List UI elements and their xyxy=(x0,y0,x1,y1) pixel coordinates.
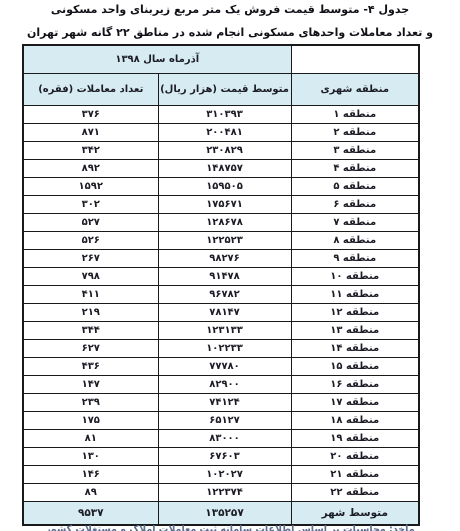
price-cell: ۹۸۲۷۶ xyxy=(158,249,291,267)
table-row: منطقه ۶۱۷۵۶۷۱۳۰۲ xyxy=(23,195,419,213)
district-cell: منطقه ۱۷ xyxy=(291,393,419,411)
count-cell: ۳۴۲ xyxy=(23,141,158,159)
price-cell: ۹۶۷۸۲ xyxy=(158,285,291,303)
table-row: منطقه ۷۱۲۸۶۷۸۵۲۷ xyxy=(23,213,419,231)
table-header: آذرماه سال ۱۳۹۸ منطقه شهری متوسط قیمت (ه… xyxy=(23,45,419,105)
table-footer: متوسط شهر ۱۳۵۲۵۷ ۹۵۳۷ xyxy=(23,501,419,525)
district-column-header: منطقه شهری xyxy=(291,73,419,105)
count-cell: ۸۹ xyxy=(23,483,158,501)
table-row: منطقه ۲۰۶۷۶۰۳۱۳۰ xyxy=(23,447,419,465)
district-cell: منطقه ۷ xyxy=(291,213,419,231)
column-header-row: منطقه شهری متوسط قیمت (هزار ریال) تعداد … xyxy=(23,73,419,105)
district-cell: منطقه ۱۰ xyxy=(291,267,419,285)
district-cell: منطقه ۶ xyxy=(291,195,419,213)
count-cell: ۴۱۱ xyxy=(23,285,158,303)
district-cell: منطقه ۱ xyxy=(291,105,419,123)
count-cell: ۵۲۶ xyxy=(23,231,158,249)
count-cell: ۱۳۰ xyxy=(23,447,158,465)
price-cell: ۱۲۸۶۷۸ xyxy=(158,213,291,231)
table-row: منطقه ۱۶۸۲۹۰۰۱۴۷ xyxy=(23,375,419,393)
count-cell: ۳۰۲ xyxy=(23,195,158,213)
count-cell: ۸۹۲ xyxy=(23,159,158,177)
district-cell: منطقه ۵ xyxy=(291,177,419,195)
table-row: منطقه ۸۱۲۲۵۲۳۵۲۶ xyxy=(23,231,419,249)
price-cell: ۷۴۱۲۴ xyxy=(158,393,291,411)
table-row: منطقه ۲۲۰۰۴۸۱۸۷۱ xyxy=(23,123,419,141)
count-cell: ۳۷۶ xyxy=(23,105,158,123)
price-cell: ۶۵۱۲۷ xyxy=(158,411,291,429)
price-cell: ۱۰۲۲۳۳ xyxy=(158,339,291,357)
price-cell: ۷۸۱۴۷ xyxy=(158,303,291,321)
count-column-header: تعداد معاملات (فقره) xyxy=(23,73,158,105)
price-cell: ۱۴۸۷۵۷ xyxy=(158,159,291,177)
table-row: منطقه ۵۱۵۹۵۰۵۱۵۹۲ xyxy=(23,177,419,195)
price-cell: ۹۱۴۷۸ xyxy=(158,267,291,285)
table-title-line2: و تعداد معاملات واحدهای مسکونی انجام شده… xyxy=(0,26,460,39)
district-cell: منطقه ۱۴ xyxy=(291,339,419,357)
price-cell: ۱۲۲۵۲۳ xyxy=(158,231,291,249)
district-cell: منطقه ۲۱ xyxy=(291,465,419,483)
table-row: منطقه ۴۱۴۸۷۵۷۸۹۲ xyxy=(23,159,419,177)
district-cell: منطقه ۸ xyxy=(291,231,419,249)
district-cell: منطقه ۱۵ xyxy=(291,357,419,375)
table-row: منطقه ۹۹۸۲۷۶۲۶۷ xyxy=(23,249,419,267)
table-body: منطقه ۱۳۱۰۳۹۳۳۷۶منطقه ۲۲۰۰۴۸۱۸۷۱منطقه ۳۲… xyxy=(23,105,419,501)
summary-district-cell: متوسط شهر xyxy=(291,501,419,525)
table-row: منطقه ۱۳۱۰۳۹۳۳۷۶ xyxy=(23,105,419,123)
price-cell: ۶۷۶۰۳ xyxy=(158,447,291,465)
district-cell: منطقه ۱۶ xyxy=(291,375,419,393)
district-cell: منطقه ۱۲ xyxy=(291,303,419,321)
count-cell: ۱۷۵ xyxy=(23,411,158,429)
count-cell: ۶۲۷ xyxy=(23,339,158,357)
count-cell: ۲۱۹ xyxy=(23,303,158,321)
district-cell: منطقه ۲۰ xyxy=(291,447,419,465)
districts-table: آذرماه سال ۱۳۹۸ منطقه شهری متوسط قیمت (ه… xyxy=(22,44,420,526)
table-row: منطقه ۱۳۱۲۳۱۳۳۳۴۴ xyxy=(23,321,419,339)
price-cell: ۲۳۰۸۲۹ xyxy=(158,141,291,159)
count-cell: ۱۴۶ xyxy=(23,465,158,483)
table-row: منطقه ۳۲۳۰۸۲۹۳۴۲ xyxy=(23,141,419,159)
price-cell: ۷۷۷۸۰ xyxy=(158,357,291,375)
count-cell: ۸۷۱ xyxy=(23,123,158,141)
table-row: منطقه ۲۱۱۰۲۰۲۷۱۴۶ xyxy=(23,465,419,483)
price-cell: ۱۵۹۵۰۵ xyxy=(158,177,291,195)
district-cell: منطقه ۴ xyxy=(291,159,419,177)
price-cell: ۱۰۲۰۲۷ xyxy=(158,465,291,483)
table-row: منطقه ۱۹۸۳۰۰۰۸۱ xyxy=(23,429,419,447)
count-cell: ۷۹۸ xyxy=(23,267,158,285)
table-row: منطقه ۱۷۷۴۱۲۴۲۳۹ xyxy=(23,393,419,411)
district-cell: منطقه ۹ xyxy=(291,249,419,267)
summary-price-cell: ۱۳۵۲۵۷ xyxy=(158,501,291,525)
price-cell: ۱۲۲۳۷۴ xyxy=(158,483,291,501)
district-cell: منطقه ۱۳ xyxy=(291,321,419,339)
table-row: منطقه ۱۰۹۱۴۷۸۷۹۸ xyxy=(23,267,419,285)
price-cell: ۲۰۰۴۸۱ xyxy=(158,123,291,141)
price-cell: ۱۷۵۶۷۱ xyxy=(158,195,291,213)
district-cell: منطقه ۱۹ xyxy=(291,429,419,447)
footnote-clipped: مأخذ: محاسبات بر اساس اطلاعات سامانه ثبت… xyxy=(0,524,460,531)
report-page: { "title_line1": "جدول ۴- متوسط قیمت فرو… xyxy=(0,0,460,531)
table-row: منطقه ۱۴۱۰۲۲۳۳۶۲۷ xyxy=(23,339,419,357)
period-header-cell: آذرماه سال ۱۳۹۸ xyxy=(23,45,291,73)
table-row: منطقه ۱۱۹۶۷۸۲۴۱۱ xyxy=(23,285,419,303)
table-row: منطقه ۱۸۶۵۱۲۷۱۷۵ xyxy=(23,411,419,429)
table-row: منطقه ۱۲۷۸۱۴۷۲۱۹ xyxy=(23,303,419,321)
count-cell: ۵۲۷ xyxy=(23,213,158,231)
district-cell: منطقه ۱۸ xyxy=(291,411,419,429)
count-cell: ۴۳۶ xyxy=(23,357,158,375)
city-average-row: متوسط شهر ۱۳۵۲۵۷ ۹۵۳۷ xyxy=(23,501,419,525)
count-cell: ۲۶۷ xyxy=(23,249,158,267)
table-row: منطقه ۱۵۷۷۷۸۰۴۳۶ xyxy=(23,357,419,375)
price-cell: ۸۲۹۰۰ xyxy=(158,375,291,393)
table-row: منطقه ۲۲۱۲۲۳۷۴۸۹ xyxy=(23,483,419,501)
district-cell: منطقه ۲۲ xyxy=(291,483,419,501)
count-cell: ۸۱ xyxy=(23,429,158,447)
period-header-row: آذرماه سال ۱۳۹۸ xyxy=(23,45,419,73)
price-cell: ۸۳۰۰۰ xyxy=(158,429,291,447)
count-cell: ۱۴۷ xyxy=(23,375,158,393)
price-cell: ۳۱۰۳۹۳ xyxy=(158,105,291,123)
table-title-line1: جدول ۴- متوسط قیمت فروش یک متر مربع زیرب… xyxy=(0,3,460,16)
district-cell: منطقه ۲ xyxy=(291,123,419,141)
district-cell: منطقه ۱۱ xyxy=(291,285,419,303)
summary-count-cell: ۹۵۳۷ xyxy=(23,501,158,525)
count-cell: ۱۵۹۲ xyxy=(23,177,158,195)
empty-corner-cell xyxy=(291,45,419,73)
count-cell: ۲۳۹ xyxy=(23,393,158,411)
count-cell: ۳۴۴ xyxy=(23,321,158,339)
price-cell: ۱۲۳۱۳۳ xyxy=(158,321,291,339)
district-cell: منطقه ۳ xyxy=(291,141,419,159)
price-column-header: متوسط قیمت (هزار ریال) xyxy=(158,73,291,105)
